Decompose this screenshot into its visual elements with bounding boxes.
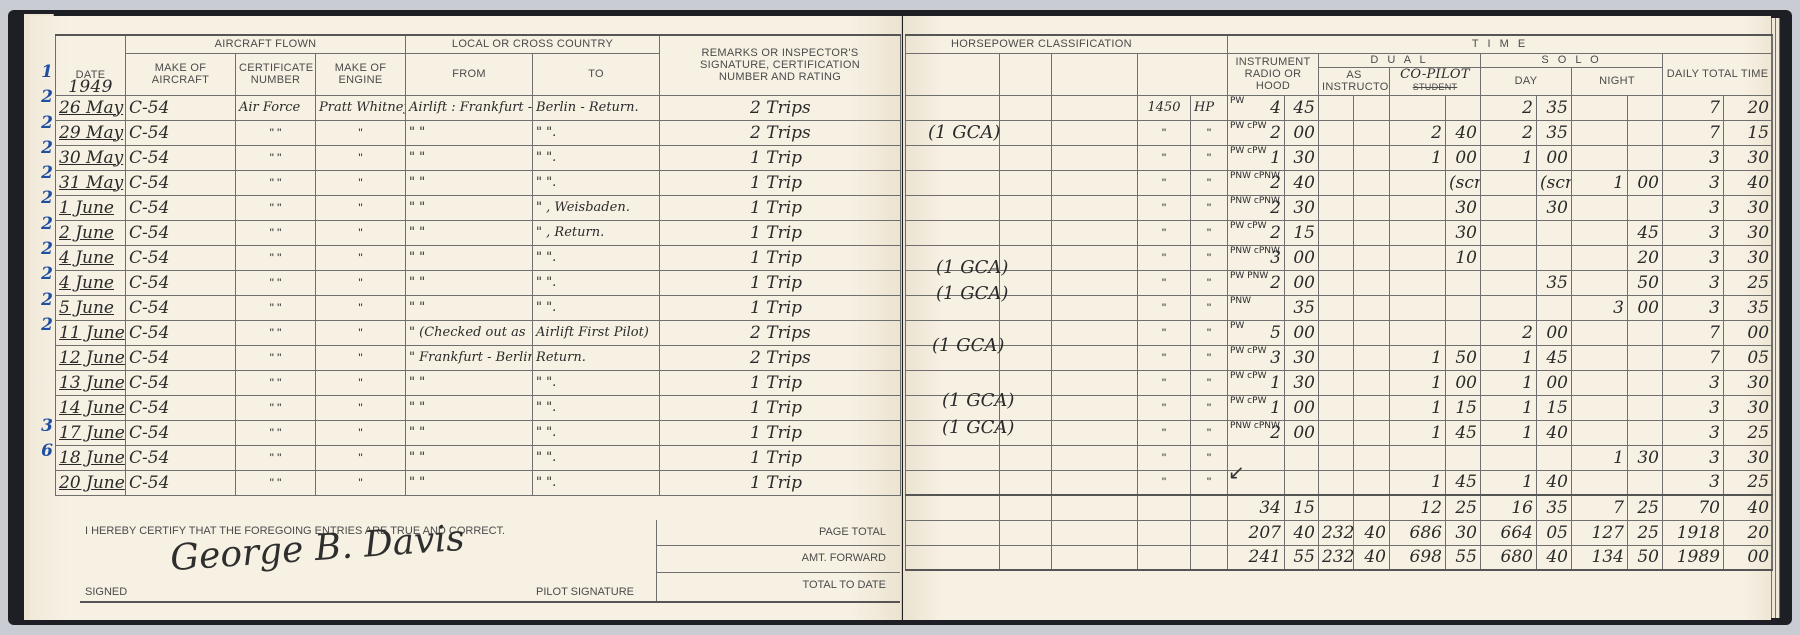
copilot-m-cell: 50: [1446, 345, 1481, 370]
student-struck: STUDENT: [1413, 82, 1458, 92]
aircraft-make: C-54: [126, 370, 236, 395]
to-location: " ".: [533, 370, 660, 395]
night-m-total: 25: [1628, 520, 1663, 545]
entry-date: 4 June: [56, 270, 126, 295]
inst-m-cell: 00: [1285, 120, 1319, 145]
hp-cell: ": [1138, 320, 1191, 345]
remarks: 1 Trip: [660, 195, 901, 220]
night-h-cell: [1572, 320, 1628, 345]
engine-make: ": [316, 270, 406, 295]
to-location: Berlin - Return.: [533, 95, 660, 120]
from-location: " ": [406, 270, 533, 295]
inst-h-cell: PW cPW1: [1228, 145, 1285, 170]
inst-m-cell: 00: [1285, 270, 1319, 295]
entry-date: 5 June: [56, 295, 126, 320]
inst-m-cell: 35: [1285, 295, 1319, 320]
instrument-note: PNW: [1230, 297, 1251, 306]
entry-date: 4 June: [56, 245, 126, 270]
entry-date: 17 June: [56, 420, 126, 445]
total-m-cell: 30: [1724, 195, 1773, 220]
hp-cell: ": [1138, 195, 1191, 220]
empty-cell: [1354, 220, 1390, 245]
remarks: 1 Trip: [660, 245, 901, 270]
from-location: " ": [406, 445, 533, 470]
to-location: " ".: [533, 420, 660, 445]
day-m-cell: [1537, 220, 1572, 245]
table-row: ""PW cPW330150145705: [906, 345, 1773, 370]
copilot-h-cell: 1: [1390, 345, 1446, 370]
night-h-cell: [1572, 395, 1628, 420]
empty-cell: [1138, 520, 1191, 545]
night-h-cell: [1572, 370, 1628, 395]
to-location: " ".: [533, 295, 660, 320]
to-location: " ".: [533, 470, 660, 495]
empty-cell: [1052, 545, 1138, 570]
copilot-m-cell: (scratched): [1446, 170, 1481, 195]
from-location: " ": [406, 170, 533, 195]
empty-cell: [1319, 370, 1354, 395]
night-h-cell: [1572, 145, 1628, 170]
aircraft-make: C-54: [126, 345, 236, 370]
total-m-cell: 30: [1724, 145, 1773, 170]
empty-cell: [1000, 545, 1052, 570]
day-m-cell: (scratched): [1537, 170, 1572, 195]
empty-cell: [1052, 145, 1138, 170]
signed-label: SIGNED: [85, 586, 127, 598]
total-h-cell: 7: [1663, 95, 1724, 120]
engine-make: ": [316, 320, 406, 345]
entry-date: 20 June: [56, 470, 126, 495]
day-h-total: 680: [1481, 545, 1537, 570]
copilot-m-cell: 30: [1446, 195, 1481, 220]
inst-h-cell: PW cPW1: [1228, 395, 1285, 420]
table-row: ""145140325: [906, 470, 1773, 495]
empty-cell: [1319, 195, 1354, 220]
total-h-cell: 3: [1663, 270, 1724, 295]
engine-make: ": [316, 420, 406, 445]
hp-unit-cell: ": [1191, 120, 1228, 145]
table-row: 1 JuneC-54" """ "" , Weisbaden.1 Trip: [56, 195, 901, 220]
night-h-total: 127: [1572, 520, 1628, 545]
empty-cell: [906, 195, 1000, 220]
gca-note: (1 GCA): [942, 390, 1014, 411]
instr-h-total: [1319, 495, 1354, 520]
total-m-total: 00: [1724, 545, 1773, 570]
certificate-number: " ": [236, 420, 316, 445]
night-h-cell: [1572, 220, 1628, 245]
empty-cell: [1319, 345, 1354, 370]
day-m-cell: 30: [1537, 195, 1572, 220]
local-cross-country-header: LOCAL OR CROSS COUNTRY: [406, 35, 660, 53]
total-m-cell: 40: [1724, 170, 1773, 195]
aircraft-make: C-54: [126, 420, 236, 445]
total-m-cell: 25: [1724, 420, 1773, 445]
empty-cell: [1000, 120, 1052, 145]
day-h-cell: [1481, 270, 1537, 295]
table-row: ""PNW cPNW240(scratched)(scratched)10034…: [906, 170, 1773, 195]
inst-h-total: 241: [1228, 545, 1285, 570]
empty-cell: [1138, 495, 1191, 520]
inst-m-cell: 00: [1285, 245, 1319, 270]
from-location: " ": [406, 195, 533, 220]
day-m-cell: 00: [1537, 145, 1572, 170]
aircraft-make: C-54: [126, 245, 236, 270]
hp-unit-cell: HP: [1191, 95, 1228, 120]
table-row: 26 MayC-54Air ForcePratt WhitneyAirlift …: [56, 95, 901, 120]
empty-cell: [1354, 170, 1390, 195]
entry-date: 12 June: [56, 345, 126, 370]
table-row: 4 JuneC-54" """ "" ".1 Trip: [56, 270, 901, 295]
inst-h-cell: PW cPW2: [1228, 220, 1285, 245]
table-row: ""PNW cPNW3001020330: [906, 245, 1773, 270]
day-h-cell: [1481, 245, 1537, 270]
make-of-engine-header: MAKE OF ENGINE: [316, 53, 406, 95]
total-m-total: 20: [1724, 520, 1773, 545]
copilot-h-cell: 2: [1390, 120, 1446, 145]
copilot-m-cell: [1446, 95, 1481, 120]
page-total-label: PAGE TOTAL: [819, 526, 886, 538]
to-location: " ".: [533, 270, 660, 295]
hp-unit-cell: ": [1191, 345, 1228, 370]
copilot-h-cell: [1390, 295, 1446, 320]
copilot-m-total: 25: [1446, 495, 1481, 520]
night-m-cell: [1628, 420, 1663, 445]
aircraft-make: C-54: [126, 95, 236, 120]
copilot-h-cell: [1390, 95, 1446, 120]
empty-cell: [1319, 145, 1354, 170]
year: 1949: [68, 77, 112, 96]
table-row: 5 JuneC-54" """ "" ".1 Trip: [56, 295, 901, 320]
empty-cell: [1052, 320, 1138, 345]
hp-cell: ": [1138, 220, 1191, 245]
certificate-number: " ": [236, 320, 316, 345]
remarks: 1 Trip: [660, 170, 901, 195]
hp-unit-cell: ": [1191, 245, 1228, 270]
night-m-cell: [1628, 320, 1663, 345]
inst-h-cell: PW5: [1228, 320, 1285, 345]
empty-cell: [1319, 220, 1354, 245]
instrument-hours: 3: [1270, 348, 1281, 368]
certificate-number: " ": [236, 120, 316, 145]
night-header: NIGHT: [1572, 67, 1663, 95]
instr-m-total: 40: [1354, 545, 1390, 570]
inst-m-cell: 45: [1285, 95, 1319, 120]
aircraft-make: C-54: [126, 395, 236, 420]
instrument-note: PNW cPNW: [1230, 197, 1280, 206]
instrument-note: PW PNW: [1230, 272, 1268, 281]
empty-cell: [1354, 95, 1390, 120]
copilot-m-cell: 45: [1446, 420, 1481, 445]
empty-cell: [1000, 220, 1052, 245]
engine-make: ": [316, 295, 406, 320]
day-h-cell: 1: [1481, 470, 1537, 495]
empty-cell: [1354, 245, 1390, 270]
copilot-m-cell: 00: [1446, 145, 1481, 170]
copilot-m-cell: [1446, 295, 1481, 320]
hp-unit-cell: ": [1191, 170, 1228, 195]
engine-make: Pratt Whitney: [316, 95, 406, 120]
remarks: 1 Trip: [660, 420, 901, 445]
as-instructor-header: AS INSTRUCTOR: [1319, 67, 1390, 95]
inst-m-cell: 30: [1285, 145, 1319, 170]
night-m-cell: 50: [1628, 270, 1663, 295]
day-h-cell: 1: [1481, 395, 1537, 420]
totals-row-amt-forward: 2074023240686306640512725191820: [906, 520, 1773, 545]
empty-cell: [1191, 495, 1228, 520]
table-row: ""130330: [906, 445, 1773, 470]
empty-cell: [1052, 170, 1138, 195]
table-row: 11 JuneC-54" """ (Checked out asAirlift …: [56, 320, 901, 345]
inst-h-cell: PW PNW2: [1228, 270, 1285, 295]
empty-cell: [1052, 220, 1138, 245]
entry-date: 29 May: [56, 120, 126, 145]
empty-cell: [1000, 445, 1052, 470]
table-row: ""PW cPW200240235715: [906, 120, 1773, 145]
day-m-cell: 15: [1537, 395, 1572, 420]
inst-h-cell: PW4: [1228, 95, 1285, 120]
copilot-h-cell: 1: [1390, 370, 1446, 395]
remarks: 1 Trip: [660, 445, 901, 470]
day-m-cell: 45: [1537, 345, 1572, 370]
empty-cell: [1000, 345, 1052, 370]
totals-labels: PAGE TOTAL AMT. FORWARD TOTAL TO DATE: [656, 520, 900, 602]
empty-cell: [1052, 495, 1138, 520]
total-h-cell: 3: [1663, 170, 1724, 195]
table-row: ""PW cPW100115115330: [906, 395, 1773, 420]
engine-make: ": [316, 345, 406, 370]
day-h-total: 16: [1481, 495, 1537, 520]
table-row: 2 JuneC-54" """ "" , Return.1 Trip: [56, 220, 901, 245]
certificate-number: " ": [236, 370, 316, 395]
certificate-number: " ": [236, 195, 316, 220]
table-row: 30 MayC-54" """ "" ".1 Trip: [56, 145, 901, 170]
day-m-cell: 35: [1537, 120, 1572, 145]
empty-cell: [1191, 520, 1228, 545]
aircraft-make: C-54: [126, 120, 236, 145]
aircraft-make: C-54: [126, 270, 236, 295]
total-m-cell: 30: [1724, 245, 1773, 270]
from-location: " Frankfurt - Berlin -: [406, 345, 533, 370]
hp-unit-cell: ": [1191, 320, 1228, 345]
empty-cell: [1354, 120, 1390, 145]
instrument-note: PNW cPNW: [1230, 422, 1280, 431]
from-location: " ": [406, 220, 533, 245]
copilot-h-cell: [1390, 320, 1446, 345]
inst-m-total: 40: [1285, 520, 1319, 545]
hp-cell: ": [1138, 370, 1191, 395]
to-location: " , Return.: [533, 220, 660, 245]
copilot-h-cell: [1390, 220, 1446, 245]
empty-cell: [1000, 145, 1052, 170]
table-row: 31 MayC-54" """ "" ".1 Trip: [56, 170, 901, 195]
night-h-cell: 1: [1572, 170, 1628, 195]
total-m-cell: 30: [1724, 370, 1773, 395]
total-h-cell: 3: [1663, 295, 1724, 320]
flight-time-table: HORSEPOWER CLASSIFICATION T I M E INSTRU…: [905, 34, 1773, 571]
day-h-cell: 2: [1481, 320, 1537, 345]
table-row: 17 JuneC-54" """ "" ".1 Trip: [56, 420, 901, 445]
total-m-cell: 30: [1724, 220, 1773, 245]
inst-m-cell: 40: [1285, 170, 1319, 195]
copilot-h-cell: [1390, 195, 1446, 220]
to-header: TO: [533, 53, 660, 95]
total-m-cell: 00: [1724, 320, 1773, 345]
hp-cell: ": [1138, 245, 1191, 270]
certificate-number: " ": [236, 445, 316, 470]
day-m-total: 35: [1537, 495, 1572, 520]
inst-m-cell: 00: [1285, 395, 1319, 420]
copilot-m-cell: [1446, 445, 1481, 470]
day-h-cell: 1: [1481, 370, 1537, 395]
night-m-cell: 45: [1628, 220, 1663, 245]
instrument-note: PNW cPNW: [1230, 172, 1280, 181]
entry-date: 1 June: [56, 195, 126, 220]
empty-cell: [1354, 395, 1390, 420]
from-location: " ": [406, 245, 533, 270]
inst-m-cell: 30: [1285, 195, 1319, 220]
copilot-handwritten: CO-PILOT: [1400, 67, 1470, 82]
copilot-h-cell: 1: [1390, 470, 1446, 495]
instrument-note: PW cPW: [1230, 372, 1266, 381]
day-m-cell: 40: [1537, 470, 1572, 495]
engine-make: ": [316, 470, 406, 495]
hp-unit-cell: ": [1191, 270, 1228, 295]
night-h-cell: [1572, 470, 1628, 495]
hp-cell: 1450: [1138, 95, 1191, 120]
entry-date: 2 June: [56, 220, 126, 245]
total-h-total: 1918: [1663, 520, 1724, 545]
empty-cell: [1319, 420, 1354, 445]
table-row: 13 JuneC-54" """ "" ".1 Trip: [56, 370, 901, 395]
total-h-cell: 3: [1663, 470, 1724, 495]
from-location: Airlift : Frankfurt -: [406, 95, 533, 120]
day-header: DAY: [1481, 67, 1572, 95]
engine-make: ": [316, 195, 406, 220]
empty-cell: [1319, 170, 1354, 195]
table-row: 4 JuneC-54" """ "" ".1 Trip: [56, 245, 901, 270]
inst-m-cell: [1285, 470, 1319, 495]
copilot-m-cell: 30: [1446, 220, 1481, 245]
empty-cell: [1000, 320, 1052, 345]
empty-cell: [1354, 445, 1390, 470]
totals-row-total-to-date: 2415523240698556804013450198900: [906, 545, 1773, 570]
to-location: " ".: [533, 170, 660, 195]
day-h-cell: 1: [1481, 420, 1537, 445]
table-row: ""PW cPW130100100330: [906, 370, 1773, 395]
day-h-cell: 1: [1481, 145, 1537, 170]
entry-date: 18 June: [56, 445, 126, 470]
entry-date: 30 May: [56, 145, 126, 170]
empty-cell: [1000, 170, 1052, 195]
day-m-cell: 00: [1537, 320, 1572, 345]
engine-make: ": [316, 395, 406, 420]
hp-unit-cell: ": [1191, 395, 1228, 420]
to-location: " ".: [533, 145, 660, 170]
inst-h-cell: PNW cPNW2: [1228, 195, 1285, 220]
total-h-cell: 7: [1663, 345, 1724, 370]
instr-m-total: 40: [1354, 520, 1390, 545]
copilot-m-cell: 45: [1446, 470, 1481, 495]
day-m-cell: 40: [1537, 420, 1572, 445]
day-h-cell: 2: [1481, 120, 1537, 145]
remarks: 2 Trips: [660, 345, 901, 370]
total-h-cell: 7: [1663, 320, 1724, 345]
hp-cell: ": [1138, 295, 1191, 320]
table-row: 14 JuneC-54" """ "" ".1 Trip: [56, 395, 901, 420]
night-h-cell: [1572, 245, 1628, 270]
empty-cell: [1319, 95, 1354, 120]
empty-cell: [1354, 470, 1390, 495]
certificate-number-header: CERTIFICATE NUMBER: [236, 53, 316, 95]
to-location: Return.: [533, 345, 660, 370]
instrument-note: PW: [1230, 322, 1244, 331]
night-h-cell: [1572, 120, 1628, 145]
horsepower-classification-header: HORSEPOWER CLASSIFICATION: [906, 35, 1228, 53]
day-m-cell: [1537, 295, 1572, 320]
hp-unit-cell: ": [1191, 295, 1228, 320]
night-h-cell: [1572, 95, 1628, 120]
night-m-cell: [1628, 120, 1663, 145]
total-m-cell: 35: [1724, 295, 1773, 320]
to-location: " ".: [533, 245, 660, 270]
empty-cell: [1052, 295, 1138, 320]
total-m-cell: 30: [1724, 445, 1773, 470]
inst-h-cell: PNW: [1228, 295, 1285, 320]
empty-cell: [1052, 395, 1138, 420]
total-h-total: 1989: [1663, 545, 1724, 570]
instrument-note: PNW cPNW: [1230, 247, 1280, 256]
table-row: 1450HPPW445235720: [906, 95, 1773, 120]
total-h-cell: 3: [1663, 395, 1724, 420]
empty-cell: [1319, 470, 1354, 495]
aircraft-make: C-54: [126, 145, 236, 170]
hp-cell: ": [1138, 420, 1191, 445]
empty-cell: [1052, 520, 1138, 545]
certificate-number: " ": [236, 270, 316, 295]
certificate-number: Air Force: [236, 95, 316, 120]
engine-make: ": [316, 245, 406, 270]
hp-cell: ": [1138, 395, 1191, 420]
copilot-m-cell: 40: [1446, 120, 1481, 145]
gca-note: (1 GCA): [928, 122, 1000, 143]
copilot-student-header: CO-PILOT STUDENT: [1390, 67, 1481, 95]
empty-cell: [1354, 345, 1390, 370]
day-h-cell: [1481, 220, 1537, 245]
day-h-cell: [1481, 295, 1537, 320]
empty-cell: [1138, 545, 1191, 570]
table-row: 12 JuneC-54" """ Frankfurt - Berlin -Ret…: [56, 345, 901, 370]
to-location: Airlift First Pilot): [533, 320, 660, 345]
empty-cell: [906, 220, 1000, 245]
table-row: ""PNW cPNW2303030330: [906, 195, 1773, 220]
solo-header: S O L O: [1481, 53, 1663, 67]
instrument-hours: 2: [1270, 123, 1281, 143]
inst-h-cell: PW cPW1: [1228, 370, 1285, 395]
copilot-m-total: 30: [1446, 520, 1481, 545]
remarks: 2 Trips: [660, 120, 901, 145]
remarks: 1 Trip: [660, 145, 901, 170]
remarks: 1 Trip: [660, 295, 901, 320]
remarks: 2 Trips: [660, 320, 901, 345]
empty-cell: [906, 95, 1000, 120]
instrument-hours: 1: [1270, 398, 1281, 418]
instrument-hours: 2: [1270, 223, 1281, 243]
empty-cell: [1354, 295, 1390, 320]
copilot-h-cell: 1: [1390, 145, 1446, 170]
bottom-rule: [80, 601, 900, 603]
hp-unit-cell: ": [1191, 420, 1228, 445]
night-h-cell: [1572, 420, 1628, 445]
